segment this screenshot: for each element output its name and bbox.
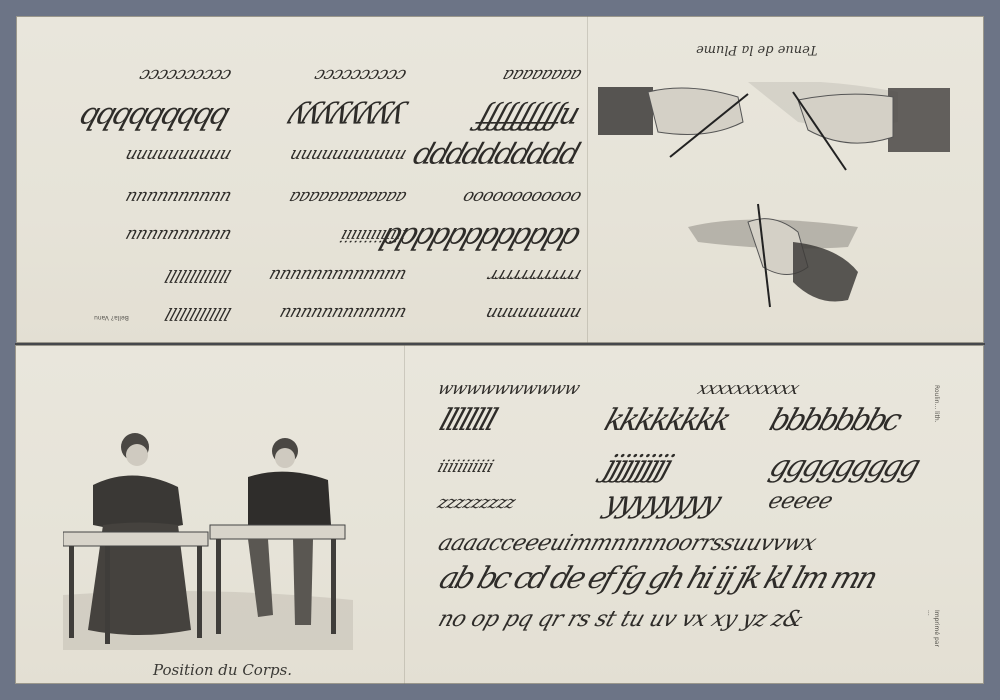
script-row: iiiiiiiiiii: [435, 457, 496, 477]
script-row: uuuuuuuuuuuu: [277, 303, 409, 323]
script-row: wwwwwwwwww: [435, 379, 582, 399]
top-script-block: nnnnnnnnn uuuuuuuuuuuu lllllllllllll rrr…: [64, 38, 584, 323]
script-row: dddddddddddd: [378, 220, 584, 255]
script-row: kkkkkkkk: [600, 403, 733, 438]
script-row: iiiiiiiiiiiii: [338, 225, 409, 245]
script-row: cccccccccc: [312, 65, 409, 85]
script-row: uuuuuuuuuu: [123, 225, 234, 245]
script-row: jjjjjjjjjj: [600, 449, 674, 484]
pen-grip-hands-illustration: [598, 82, 954, 312]
script-row: yyyyyyyy: [286, 100, 409, 135]
seated-writers-drawing-icon: [63, 425, 353, 650]
side-note-lithographer: Roulin... lith.: [933, 385, 940, 423]
script-row: pppppppppp: [411, 140, 584, 175]
hands-drawing-icon: [598, 82, 954, 312]
script-row: aaaaaaaa: [500, 65, 584, 85]
script-row: nnnnnnnnnnn: [288, 145, 409, 165]
fold-line: [587, 16, 588, 343]
script-row: llllllll: [435, 403, 499, 438]
script-row: cccccccccc: [137, 65, 234, 85]
script-row: ggggggggg: [765, 449, 922, 484]
script-row: no op pq qr rs st tu uv vx xy yz z&: [435, 607, 806, 632]
script-row: bbbbbbbbb: [77, 100, 234, 135]
script-row: nnnnnnnnnn: [123, 145, 234, 165]
script-row: lllllllllllll: [163, 303, 234, 323]
script-row: yyyyyyyy: [600, 485, 723, 520]
caption-position-du-corps: Position du Corps.: [153, 661, 292, 679]
script-row: oooooooooooo: [461, 187, 584, 207]
script-row: uuuuuuuuuu: [123, 187, 234, 207]
script-row: aaaaaaaaaaaa: [287, 187, 409, 207]
script-row: bbbbbbbc: [765, 403, 904, 438]
fold-line: [404, 345, 405, 684]
script-row: lllllllllllll: [163, 265, 234, 285]
writing-posture-illustration: [63, 425, 353, 650]
script-row: nffffffffff: [475, 100, 584, 135]
script-row: zzzzzzzzz: [435, 493, 518, 513]
bottom-sheet: Position du Corps. Roulin... lith. Impri…: [15, 345, 984, 684]
script-row: rrrrrrrrrrrr: [486, 265, 584, 285]
script-row: aaaacceeeuimmnnnnoorrssuuvvwx: [435, 531, 819, 556]
script-row: ab bc cd de ef fg gh hi ij jk kl lm mn: [435, 561, 879, 596]
caption-tenue-de-la-plume: Tenue de la Plume: [696, 42, 817, 57]
side-note-printer: Imprimé par ...: [926, 610, 940, 654]
script-row: xxxxxxxxxxx: [695, 379, 801, 399]
script-row: eeeee: [765, 489, 836, 514]
top-sheet: Tenue de la Plume Bella? Vanu nnnnnnnnn …: [16, 16, 984, 343]
script-row: uuuuuuuuuuuuu: [267, 265, 409, 285]
script-row: nnnnnnnnn: [483, 303, 584, 323]
